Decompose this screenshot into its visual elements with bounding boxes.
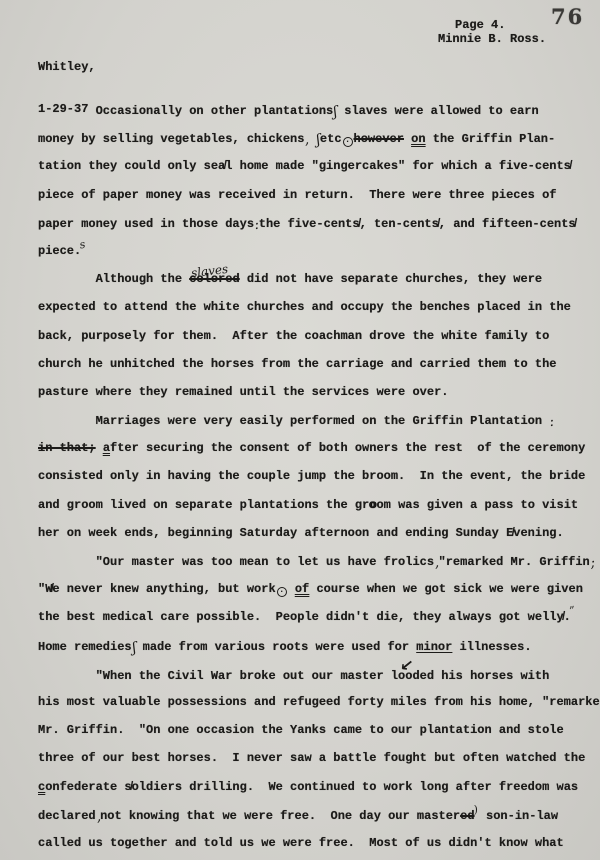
typed-text: slaves were allowed to earn	[337, 104, 539, 118]
typed-line: piece of paper money was received in ret…	[38, 181, 586, 209]
typed-text: declared	[38, 809, 96, 823]
typed-text: and groom lived on separate plantations …	[38, 498, 369, 512]
handwritten-correction: slaves	[190, 255, 230, 288]
typed-text: paper money used in those days	[38, 217, 254, 231]
typed-line: declared,not knowing that we were free. …	[38, 801, 586, 829]
typed-text: son-in-law	[479, 809, 558, 823]
author-name: Minnie B. Ross.	[438, 32, 546, 46]
typed-line: "W̸e never knew anything, but work. of c…	[38, 575, 586, 603]
typed-line: tation they could only sea̸l home made "…	[38, 152, 586, 180]
handwritten-mark: :	[547, 408, 556, 437]
typed-text: Occasionally on other plantations	[38, 104, 333, 118]
typed-line: her on week ends, beginning Saturday aft…	[38, 519, 586, 547]
typed-text: consisted only in having the couple jump…	[38, 469, 585, 483]
typed-text: "W̸e never knew anything, but work	[38, 582, 276, 596]
typed-text	[96, 441, 103, 455]
circled-period-mark: .	[343, 137, 353, 147]
typed-text: the Griffin Plan-	[426, 132, 556, 146]
typed-text	[288, 582, 295, 596]
typed-text: three of our best horses. I never saw a …	[38, 751, 585, 765]
typed-line: church he unhitched the horses from the …	[38, 350, 586, 378]
typed-line: his most valuable possessions and refuge…	[38, 688, 586, 716]
typed-text: pasture where they remained until the se…	[38, 385, 448, 399]
typed-line: confederate s̸oldiers drilling. We conti…	[38, 773, 586, 801]
capitalize-mark: on	[411, 132, 425, 146]
struck-text: however	[354, 132, 404, 146]
document-body: Occasionally on other plantationsʃ slave…	[38, 96, 586, 857]
typed-line: "When the Civil War broke out our master…	[38, 660, 586, 688]
typed-text: his most valuable possessions and refuge…	[38, 695, 600, 709]
typed-text: made from various roots were used for	[135, 640, 416, 654]
struck-text: in that;	[38, 441, 96, 455]
page-label: Page 4.	[455, 18, 505, 32]
typed-line: "Our master was too mean to let us have …	[38, 547, 586, 575]
typed-line: piece.s	[38, 237, 586, 265]
typed-text: om was given a pass to visit	[376, 498, 578, 512]
typed-text: the five-cents̸, ten-cents̸, and fifteen…	[259, 217, 576, 231]
typed-line: called us together and told us we were f…	[38, 829, 586, 857]
typed-line: Mr. Griffin. "On one occasion the Yanks …	[38, 716, 586, 744]
typed-text: back, purposely for them. After the coac…	[38, 329, 549, 343]
typed-text: church he unhitched the horses from the …	[38, 357, 556, 371]
typed-text: did not have separate churches, they wer…	[240, 272, 542, 286]
typed-text: Home remedies	[38, 640, 132, 654]
typed-text: piece.	[38, 244, 81, 258]
typed-text: piece of paper money was received in ret…	[38, 188, 556, 202]
typed-text: etc	[320, 132, 342, 146]
typed-text: Marriages were very easily performed on …	[38, 414, 549, 428]
typed-text: Although the	[38, 272, 189, 286]
typed-text: "Our master was too mean to let us have …	[38, 555, 434, 569]
typed-line: Although the coloredslaves did not have …	[38, 265, 586, 293]
typed-line: expected to attend the white churches an…	[38, 293, 586, 321]
typed-line: and groom lived on separate plantations …	[38, 491, 586, 519]
typed-line: Marriages were very easily performed on …	[38, 406, 586, 434]
interviewer-name: Whitley,	[38, 60, 96, 74]
typed-line: Occasionally on other plantationsʃ slave…	[38, 96, 586, 124]
typed-line: Home remediesʃ made from various roots w…	[38, 632, 586, 660]
struck-text: coloredslaves	[189, 272, 239, 286]
page-number-stamp: 76	[551, 4, 584, 29]
typed-line: back, purposely for them. After the coac…	[38, 322, 586, 350]
typed-text: course when we got sick we were given	[309, 582, 583, 596]
typed-text: her on week ends, beginning Saturday aft…	[38, 526, 564, 540]
scanned-page: Whitley, 1-29-37 Page 4. Minnie B. Ross.…	[0, 0, 600, 860]
typed-line: consisted only in having the couple jump…	[38, 462, 586, 490]
typed-text: the best medical care possible. People d…	[38, 610, 571, 624]
capitalize-mark: a	[103, 441, 110, 455]
typed-text: money by selling vegetables, chickens	[38, 132, 304, 146]
typed-text: not knowing that we were free. One day o…	[100, 809, 460, 823]
typed-text: "When the Civil War broke out our master…	[38, 669, 405, 683]
typed-line: three of our best horses. I never saw a …	[38, 744, 586, 772]
typed-text: fter securing the consent of both owners…	[110, 441, 585, 455]
typed-text: onfederate s̸oldiers drilling. We contin…	[45, 780, 578, 794]
typed-text: expected to attend the white churches an…	[38, 300, 571, 314]
typed-line: paper money used in those days:the five-…	[38, 209, 586, 237]
capitalize-mark: of	[295, 582, 309, 596]
typed-text: "remarked Mr. Griffin	[439, 555, 590, 569]
typed-text: oded his horses with	[405, 669, 549, 683]
struck-text: ed	[460, 809, 474, 823]
typed-text: minor	[416, 640, 452, 654]
typed-line: in that; after securing the consent of b…	[38, 434, 586, 462]
typed-line: pasture where they remained until the se…	[38, 378, 586, 406]
circled-period-mark: .	[277, 587, 287, 597]
typed-text: tation they could only sea̸l home made "…	[38, 159, 571, 173]
typed-text: called us together and told us we were f…	[38, 836, 564, 850]
typed-line: the best medical care possible. People d…	[38, 603, 586, 631]
typed-line: money by selling vegetables, chickens, ʃ…	[38, 124, 586, 152]
typed-text: Mr. Griffin. "On one occasion the Yanks …	[38, 723, 564, 737]
typed-text: illnesses.	[452, 640, 531, 654]
